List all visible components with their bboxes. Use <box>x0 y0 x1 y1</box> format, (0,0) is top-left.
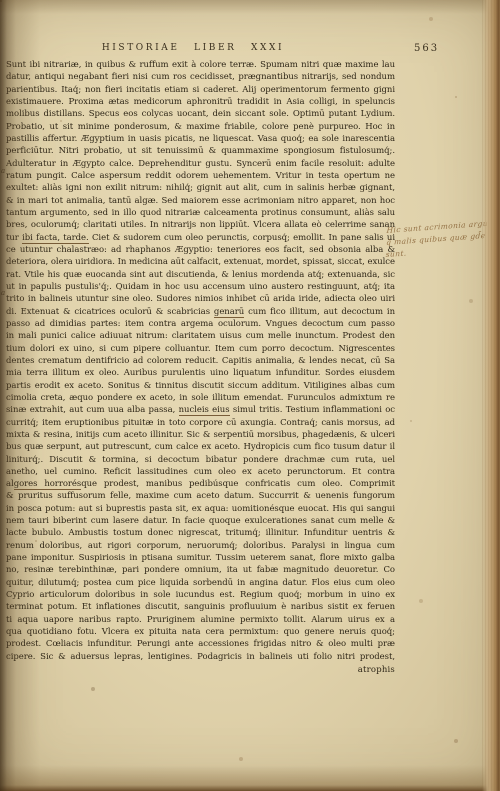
text-line: sinæ extrahit, aut cum uua alba passa, n… <box>6 404 395 416</box>
text-line: Sunt ibi nitrariæ, in quibus & ruffum ex… <box>6 59 395 71</box>
text-line: in posca potum: aut si buprestis pasta s… <box>6 503 395 515</box>
text-line: rat. Vtile his quæ euocanda sint aut dis… <box>6 269 395 281</box>
text-line: bres, oculorumq́; claritati utiles. In n… <box>6 219 395 231</box>
text-line: molibus distillans. Specus eos colycas u… <box>6 108 395 120</box>
text-line: trito in balineis utuntur sine oleo. Sud… <box>6 293 395 305</box>
ink-underlined-phrase: genarū <box>214 307 244 318</box>
text-line: nem tauri biberint cum lasere datur. In … <box>6 515 395 527</box>
text-line: tantum argumento, sed in illo quod nitra… <box>6 207 395 219</box>
text-line: cipere. Sic & aduersus lepras, lentigine… <box>6 651 395 663</box>
text-line: passo ad dimidias partes: item contra ar… <box>6 318 395 330</box>
text-line: existimauere. Proxima ætas medicorum aph… <box>6 96 395 108</box>
text-line: pastillis affertur. Ægyptium in uasis pi… <box>6 133 395 145</box>
text-line: partis erodit ex aceto. Sonitus & tinnit… <box>6 380 395 392</box>
text-line: datur, antiqui negabant fieri nisi cum r… <box>6 71 395 83</box>
text-line: terminat potum. Et inflationes discutit,… <box>6 601 395 613</box>
text-line: in mali punici calice adiuuat nitrum: cl… <box>6 330 395 342</box>
text-line: tur ibi facta, tarde. Ciet & sudorem cum… <box>6 232 395 244</box>
page-number: 563 <box>414 43 439 54</box>
text-line: perficiūtur. Nitri probatio, ut sit tenu… <box>6 145 395 157</box>
left-margin-mark: a <box>1 290 5 297</box>
text-line: qua quotidiano fotu. Vlcera ex pituita n… <box>6 626 395 638</box>
text-line: ce utuntur chalastræo: ad rhaphanos Ægyp… <box>6 244 395 256</box>
text-line: & pruritus suffusorum felle, maxime cum … <box>6 490 395 502</box>
text-line: prodest. Cœliacis infunditur. Perungi an… <box>6 638 395 650</box>
left-margin-mark: a <box>1 168 5 175</box>
text-line: dentes crematum dentifricio ad colorem r… <box>6 355 395 367</box>
text-line: cimolia creta, æquo pondere ex aceto, in… <box>6 392 395 404</box>
book-fore-edge <box>482 0 500 791</box>
text-line: quitur, dilutumq́; postea cum pice liqui… <box>6 577 395 589</box>
text-block: Sunt ibi nitrariæ, in quibus & ruffum ex… <box>6 59 395 663</box>
catchword: atrophis <box>6 665 395 675</box>
text-line: di. Extenuat & cicatrices oculorū & scab… <box>6 306 395 318</box>
text-line: mixta & resina, initijs cum aceto illini… <box>6 429 395 441</box>
text-line: ratum pungit. Calce aspersum reddit odor… <box>6 170 395 182</box>
text-line: bus quæ serpunt, aut putrescunt, cum cal… <box>6 441 395 453</box>
text-line: tium dolori ex uino, si cum pipere collu… <box>6 343 395 355</box>
text-line: curritq́; item eruptionibus pituitæ in t… <box>6 417 395 429</box>
ink-underlined-phrase: nucleis eius <box>179 405 230 416</box>
paper-speckles <box>0 0 2 2</box>
text-line: anetho, uel cumino. Reficit lassitudines… <box>6 466 395 478</box>
running-title: HISTORIAE LIBER XXXI <box>88 43 298 53</box>
text-line: Probatio, ut sit minime ponderosum, & ma… <box>6 121 395 133</box>
text-line: ti aqua uapore naribus rapto. Pruriginem… <box>6 614 395 626</box>
text-line: & in mari tot animalia, tantū algæ. Sed … <box>6 195 395 207</box>
text-line: ut in papulis pustulis'q́;. Quidam in ho… <box>6 281 395 293</box>
text-line: mia terra illitum ex oleo. Auribus purul… <box>6 367 395 379</box>
text-line: exultet: aliàs igni non exilit nitrum: n… <box>6 182 395 194</box>
handwritten-margin-note: Hic sunt acrimonia argum̄q̄ malis quibus… <box>386 217 499 261</box>
text-line: no, resinæ terebinthinæ, pari pondere om… <box>6 564 395 576</box>
text-line: Adulteratur in Ægypto calce. Deprehendit… <box>6 158 395 170</box>
ink-underlined-phrase: ibi facta, tarde. <box>22 233 89 244</box>
text-line: liniturq́;. Discutit & tormina, si decoc… <box>6 454 395 466</box>
text-line: parientibus. Itaq́; non fieri incitatis … <box>6 84 395 96</box>
text-line: renum doloribus, aut rigori corporum, ne… <box>6 540 395 552</box>
text-line: deteriora, olera uiridiora. In medicina … <box>6 256 395 268</box>
page-header: HISTORIAE LIBER XXXI 563 <box>0 43 500 57</box>
text-line: Cyprio articulorum doloribus in sole iuc… <box>6 589 395 601</box>
text-line: algores horrorésque prodest, manibus ped… <box>6 478 395 490</box>
page-bottom-edge <box>0 765 500 791</box>
text-line: pane imponitur. Suspiriosis in ptisana s… <box>6 552 395 564</box>
book-page-photo: HISTORIAE LIBER XXXI 563 Sunt ibi nitrar… <box>0 0 500 791</box>
page-top-edge <box>0 0 500 14</box>
text-line: lacte bubulo. Ambustis tostum donec nigr… <box>6 527 395 539</box>
ink-underlined-phrase: gores horrorés <box>14 479 82 490</box>
